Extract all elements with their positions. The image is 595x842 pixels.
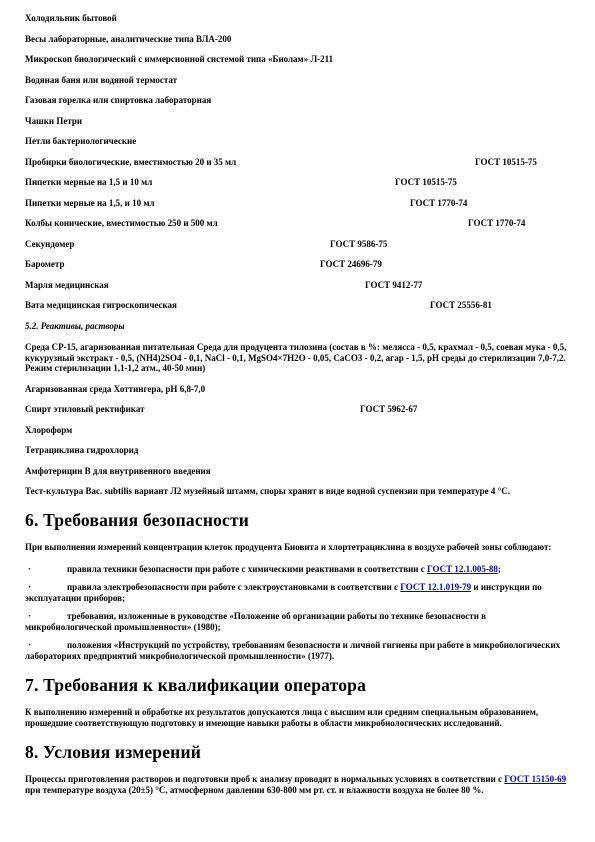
equipment-name: Секундомер: [25, 239, 74, 249]
gost-link[interactable]: ГОСТ 15150-69: [504, 774, 566, 784]
safety-bullet: ·требования, изложенные в руководстве «П…: [25, 611, 570, 632]
equipment-row: Колбы конические, вместимостью 250 и 500…: [25, 219, 570, 228]
gost-reference: ГОСТ 9586-75: [330, 240, 387, 249]
section-7-paragraph: К выполнению измерений и обработке их ре…: [25, 707, 570, 728]
reagent-row: Хлороформ: [25, 426, 570, 435]
equipment-row: Петли бактериологические: [25, 137, 570, 146]
safety-bullet: ·правила электробезопасности при работе …: [25, 582, 570, 603]
section-heading-7: 7. Требования к квалификации оператора: [25, 675, 570, 695]
equipment-row: Пипетки мерные на 1,5 и 10 мл ГОСТ 10515…: [25, 178, 570, 187]
bullet-marker: ·: [28, 564, 31, 575]
section-heading-6: 6. Требования безопасности: [25, 510, 570, 530]
equipment-name: Газовая горелка или спиртовка лабораторн…: [25, 95, 211, 105]
section-6-intro: При выполнении измерений концентрации кл…: [25, 542, 570, 553]
bullet-marker: ·: [28, 582, 31, 593]
bullet-marker: ·: [28, 611, 31, 622]
equipment-name: Барометр: [25, 259, 64, 269]
reagent-row: Спирт этиловый ректификат ГОСТ 5962-67: [25, 405, 570, 414]
equipment-name: Пробирки биологические, вместимостью 20 …: [25, 157, 236, 167]
reagent-row: Амфотерицин В для внутривенного введения: [25, 467, 570, 476]
equipment-row: Барометр ГОСТ 24696-79: [25, 260, 570, 269]
subsection-heading-5-2: 5.2. Реактивы, растворы: [25, 322, 570, 331]
equipment-name: Чашки Петри: [25, 116, 82, 126]
reagent-row: Агаризованная среда Хоттингера, pH 6,8-7…: [25, 385, 570, 394]
document-page: Холодильник бытовой Весы лабораторные, а…: [0, 0, 595, 842]
test-culture-line: Тест-культура Bac. subtilis вариант Л2 м…: [25, 487, 570, 496]
gost-reference: ГОСТ 10515-75: [395, 178, 457, 187]
reagent-name: Амфотерицин В для внутривенного введения: [25, 466, 211, 476]
reagent-name: Хлороформ: [25, 425, 72, 435]
gost-reference: ГОСТ 25556-81: [430, 301, 492, 310]
reagent-name: Спирт этиловый ректификат: [25, 404, 145, 414]
equipment-name: Петли бактериологические: [25, 136, 136, 146]
equipment-name: Марля медицинская: [25, 280, 109, 290]
equipment-row: Весы лабораторные, аналитические типа ВЛ…: [25, 35, 570, 44]
bullet-text: ;: [498, 564, 501, 574]
gost-reference: ГОСТ 1770-74: [468, 219, 525, 228]
equipment-name: Колбы конические, вместимостью 250 и 500…: [25, 218, 218, 228]
equipment-name: Холодильник бытовой: [25, 13, 117, 23]
bullet-text: положения «Инструкций по устройству, тре…: [25, 640, 560, 661]
equipment-row: Холодильник бытовой: [25, 14, 570, 23]
equipment-row: Пробирки биологические, вместимостью 20 …: [25, 158, 570, 167]
equipment-name: Пипетки мерные на 1,5 и 10 мл: [25, 177, 152, 187]
safety-bullet: ·правила техники безопасности при работе…: [25, 564, 570, 575]
bullet-text: правила техники безопасности при работе …: [67, 564, 427, 574]
equipment-row: Марля медицинская ГОСТ 9412-77: [25, 281, 570, 290]
section-8-paragraph: Процессы приготовления растворов и подго…: [25, 774, 570, 795]
equipment-row: Микроскоп биологический с иммерсионной с…: [25, 55, 570, 64]
gost-link[interactable]: ГОСТ 12.1.019-79: [400, 582, 471, 592]
reagent-name: Агаризованная среда Хоттингера, pH 6,8-7…: [25, 384, 205, 394]
equipment-name: Весы лабораторные, аналитические типа ВЛ…: [25, 34, 231, 44]
equipment-name: Водяная баня или водяной термостат: [25, 75, 177, 85]
equipment-name: Вата медицинская гигроскопическая: [25, 300, 177, 310]
equipment-row: Газовая горелка или спиртовка лабораторн…: [25, 96, 570, 105]
equipment-name: Пипетки мерные на 1,5, и 10 мл: [25, 198, 155, 208]
equipment-name: Микроскоп биологический с иммерсионной с…: [25, 54, 333, 64]
reagent-row: Тетрациклина гидрохлорид: [25, 446, 570, 455]
reagent-name: Тетрациклина гидрохлорид: [25, 445, 138, 455]
equipment-row: Чашки Петри: [25, 117, 570, 126]
equipment-row: Секундомер ГОСТ 9586-75: [25, 240, 570, 249]
paragraph-text: при температуре воздуха (20±5) °С, атмос…: [25, 785, 484, 795]
bullet-text: правила электробезопасности при работе с…: [67, 582, 400, 592]
equipment-row: Вата медицинская гигроскопическая ГОСТ 2…: [25, 301, 570, 310]
paragraph-text: Процессы приготовления растворов и подго…: [25, 774, 504, 784]
gost-reference: ГОСТ 9412-77: [365, 281, 422, 290]
media-composition-paragraph: Среда СР-15, агаризованная питательная С…: [25, 342, 570, 374]
gost-reference: ГОСТ 5962-67: [360, 405, 417, 414]
gost-reference: ГОСТ 1770-74: [410, 199, 467, 208]
gost-reference: ГОСТ 10515-75: [475, 158, 537, 167]
bullet-text: требования, изложенные в руководстве «По…: [25, 611, 486, 632]
section-heading-8: 8. Условия измерений: [25, 742, 570, 762]
gost-reference: ГОСТ 24696-79: [320, 260, 382, 269]
gost-link[interactable]: ГОСТ 12.1.005-88: [427, 564, 498, 574]
safety-bullet: ·положения «Инструкций по устройству, тр…: [25, 640, 570, 661]
bullet-marker: ·: [28, 640, 31, 651]
equipment-row: Пипетки мерные на 1,5, и 10 мл ГОСТ 1770…: [25, 199, 570, 208]
equipment-row: Водяная баня или водяной термостат: [25, 76, 570, 85]
